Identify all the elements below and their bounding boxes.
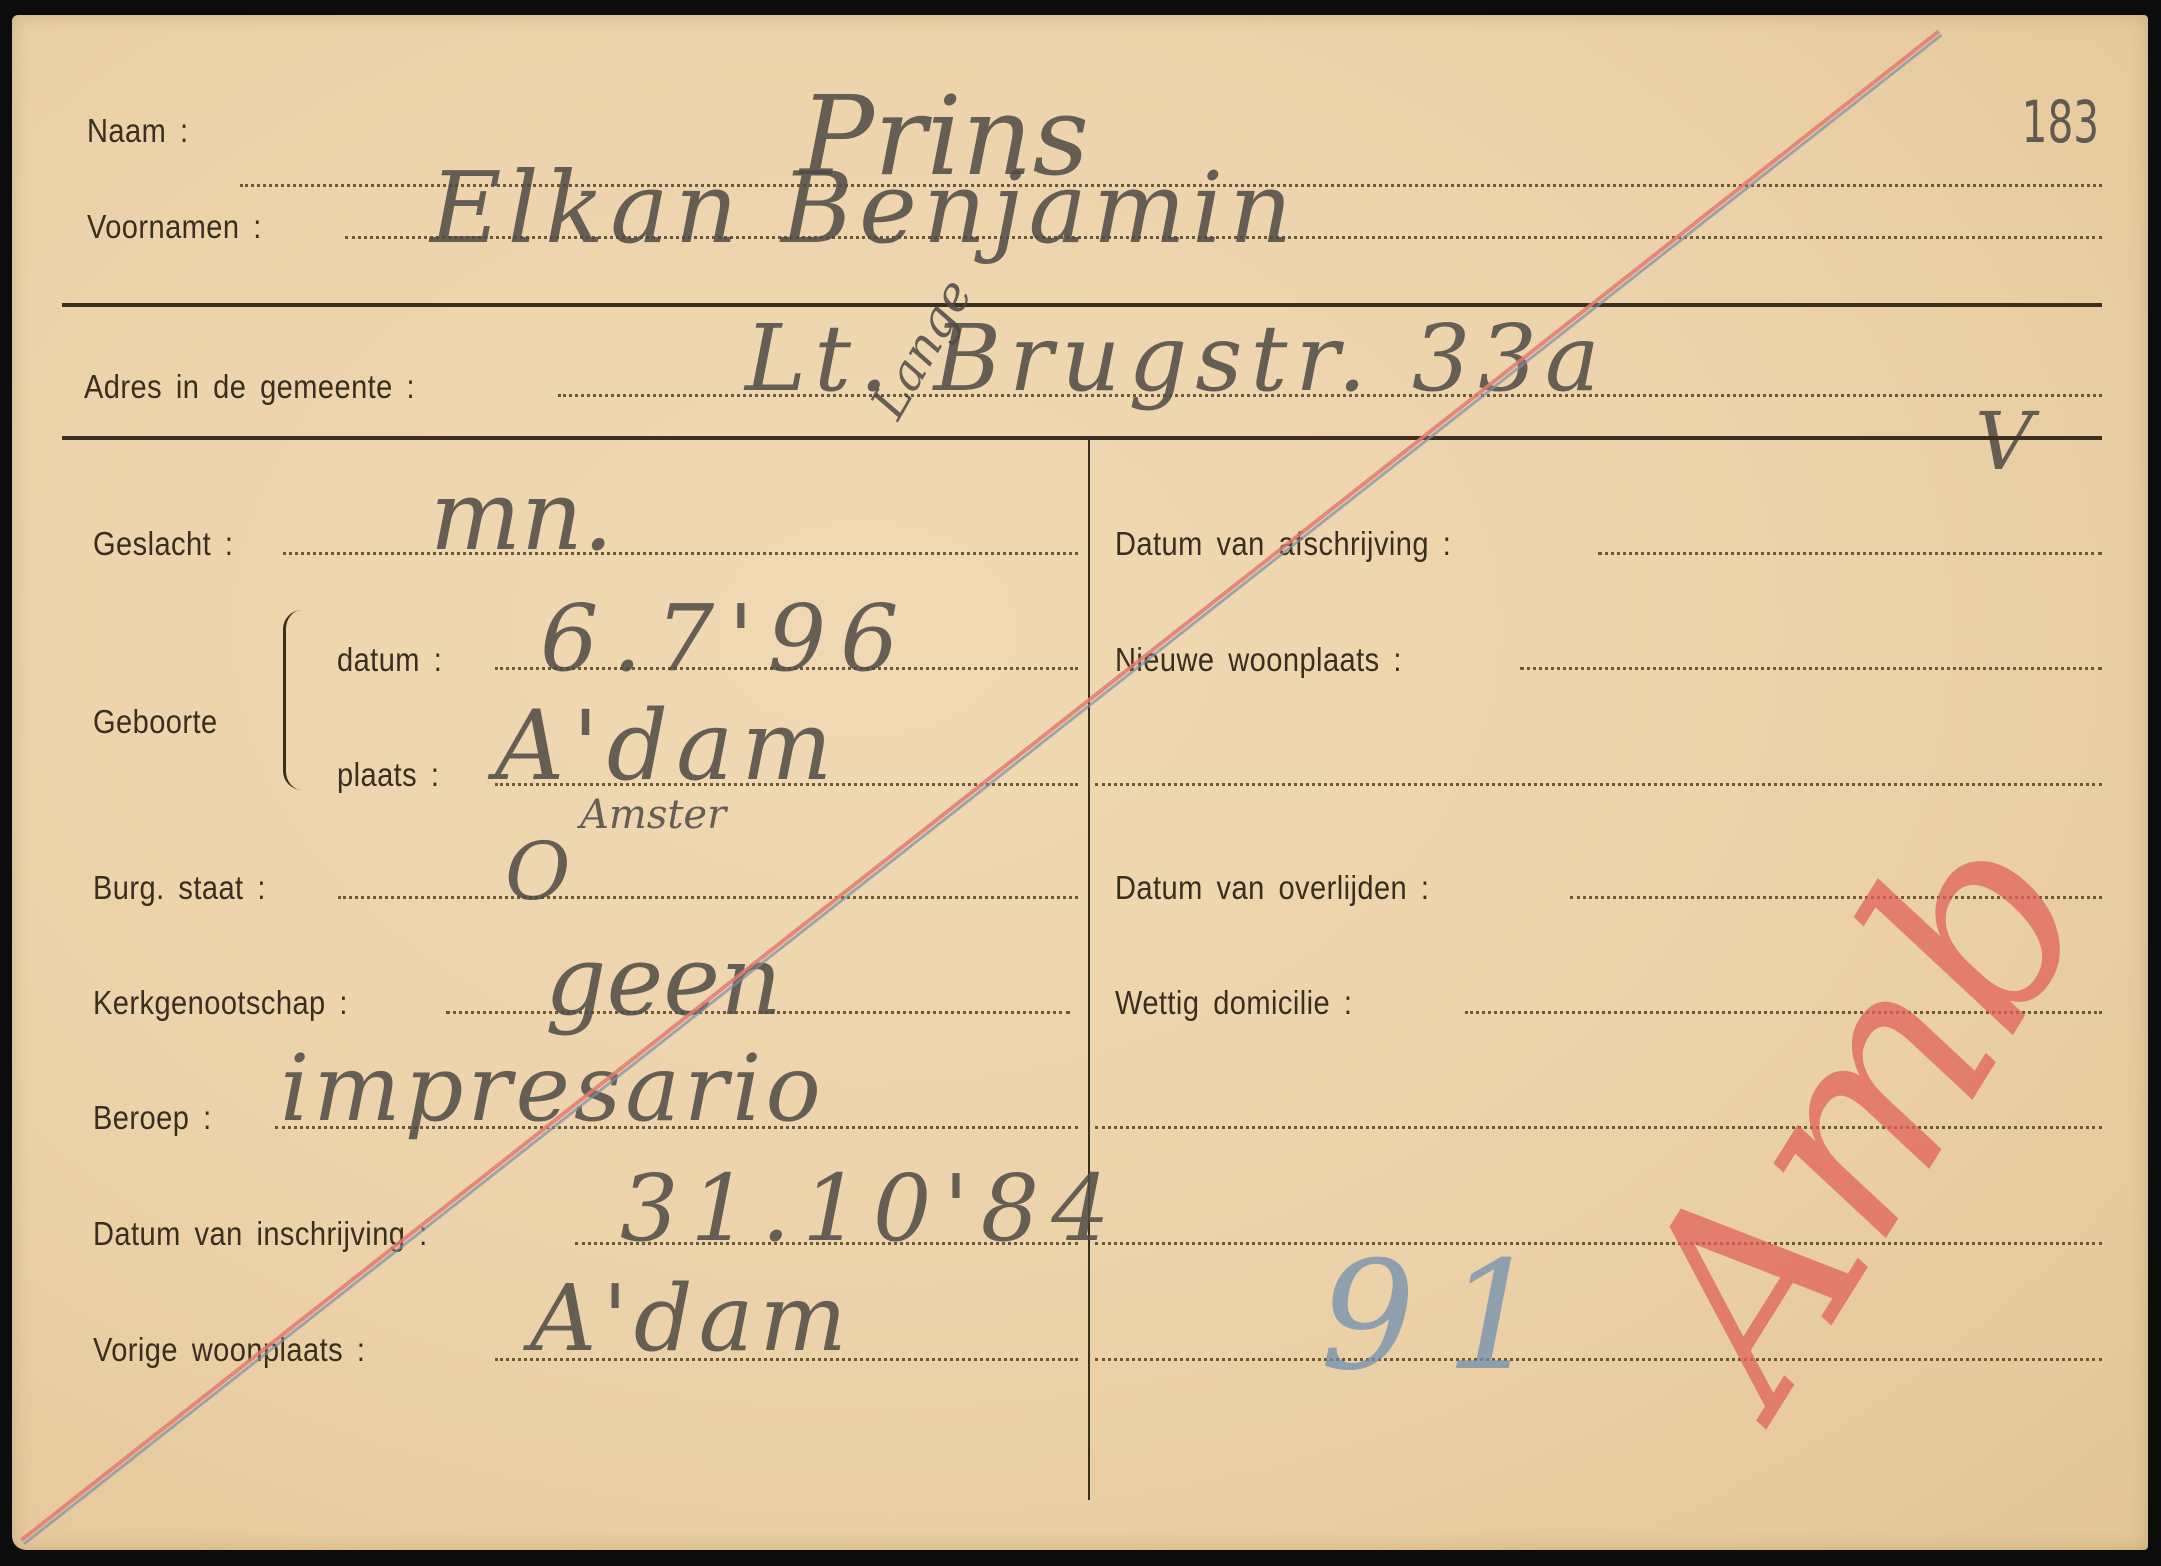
voornamen-label: Voornamen :: [87, 208, 262, 246]
kerkgenootschap-value: geen: [545, 925, 782, 1037]
column-divider: [1088, 440, 1090, 1500]
blue-pencil-annotation: 91: [1320, 1230, 1571, 1404]
nieuwe-woonplaats-line-2: [1095, 783, 2102, 786]
geboorte-plaats-value: A'dam: [495, 690, 840, 802]
geboorte-plaats-label: plaats :: [337, 756, 439, 794]
geslacht-label: Geslacht :: [93, 525, 233, 563]
vorige-woonplaats-value: A'dam: [530, 1265, 853, 1372]
datum-afschrijving-line: [1598, 552, 2102, 555]
geboorte-brace: [283, 610, 302, 790]
geboorte-label: Geboorte: [93, 703, 218, 741]
blank-line-3: [1095, 1358, 2102, 1361]
datum-inschrijving-label: Datum van inschrijving :: [93, 1215, 428, 1253]
geslacht-value: mn.: [430, 460, 613, 572]
geslacht-line: [283, 552, 1078, 555]
kerkgenootschap-label: Kerkgenootschap :: [93, 984, 348, 1022]
geboorte-datum-value: 6.7'96: [540, 585, 913, 692]
divider-rule-bottom: [62, 436, 2102, 440]
naam-label: Naam :: [87, 112, 189, 150]
voornamen-value: Elkan Benjamin: [430, 152, 1298, 266]
datum-overlijden-label: Datum van overlijden :: [1115, 869, 1429, 907]
adres-label: Adres in de gemeente :: [84, 368, 415, 406]
beroep-label: Beroep :: [93, 1099, 212, 1137]
nieuwe-woonplaats-line: [1520, 667, 2102, 670]
burg-staat-value: O: [505, 825, 571, 918]
burg-staat-label: Burg. staat :: [93, 869, 266, 907]
card-number: 183: [2022, 88, 2100, 156]
geboorte-plaats-annotation: Amster: [580, 792, 726, 838]
wettig-domicilie-label: Wettig domicilie :: [1115, 984, 1352, 1022]
check-mark: V: [1975, 395, 2033, 488]
datum-inschrijving-value: 31.10'84: [620, 1155, 1122, 1262]
burg-staat-line: [338, 896, 1078, 899]
vorige-woonplaats-label: Vorige woonplaats :: [93, 1331, 365, 1369]
geboorte-datum-label: datum :: [337, 641, 442, 679]
